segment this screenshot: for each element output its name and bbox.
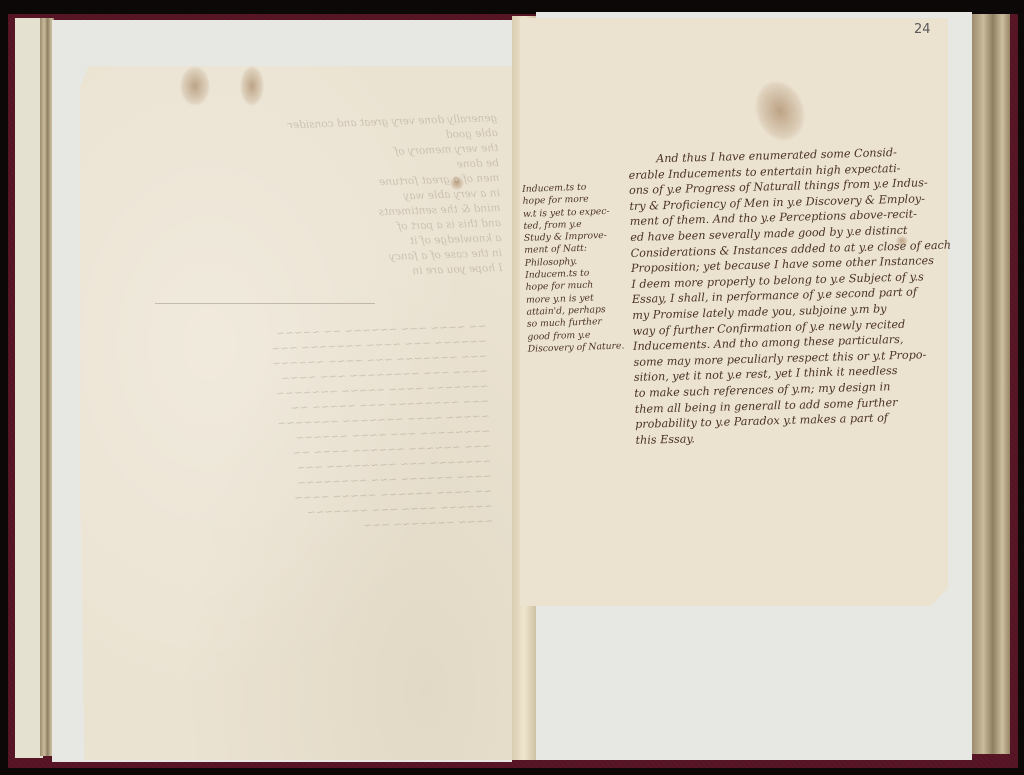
folio-number: 24 — [914, 22, 931, 37]
left-endpaper — [15, 18, 43, 758]
left-manuscript-leaf: generally done very great and consider a… — [80, 66, 512, 760]
foxing-stain — [240, 66, 264, 106]
bleed-rule-line — [155, 303, 375, 304]
bleed-through-text-lower: ~~ ~~~~ ~~~ ~~~~~~ ~~ ~~~~~ ~~~~~~ ~~~ ~… — [106, 319, 493, 542]
bleed-through-text-upper: generally done very great and consider a… — [97, 111, 503, 290]
foxing-stain — [180, 66, 210, 106]
right-page-edges — [972, 14, 1010, 754]
manuscript-body-text: And thus I have enumerated some Consid- … — [628, 143, 966, 448]
marginal-notes: Inducem.ts to hope for more w.t is yet t… — [522, 180, 633, 356]
foxing-stain — [747, 74, 813, 149]
